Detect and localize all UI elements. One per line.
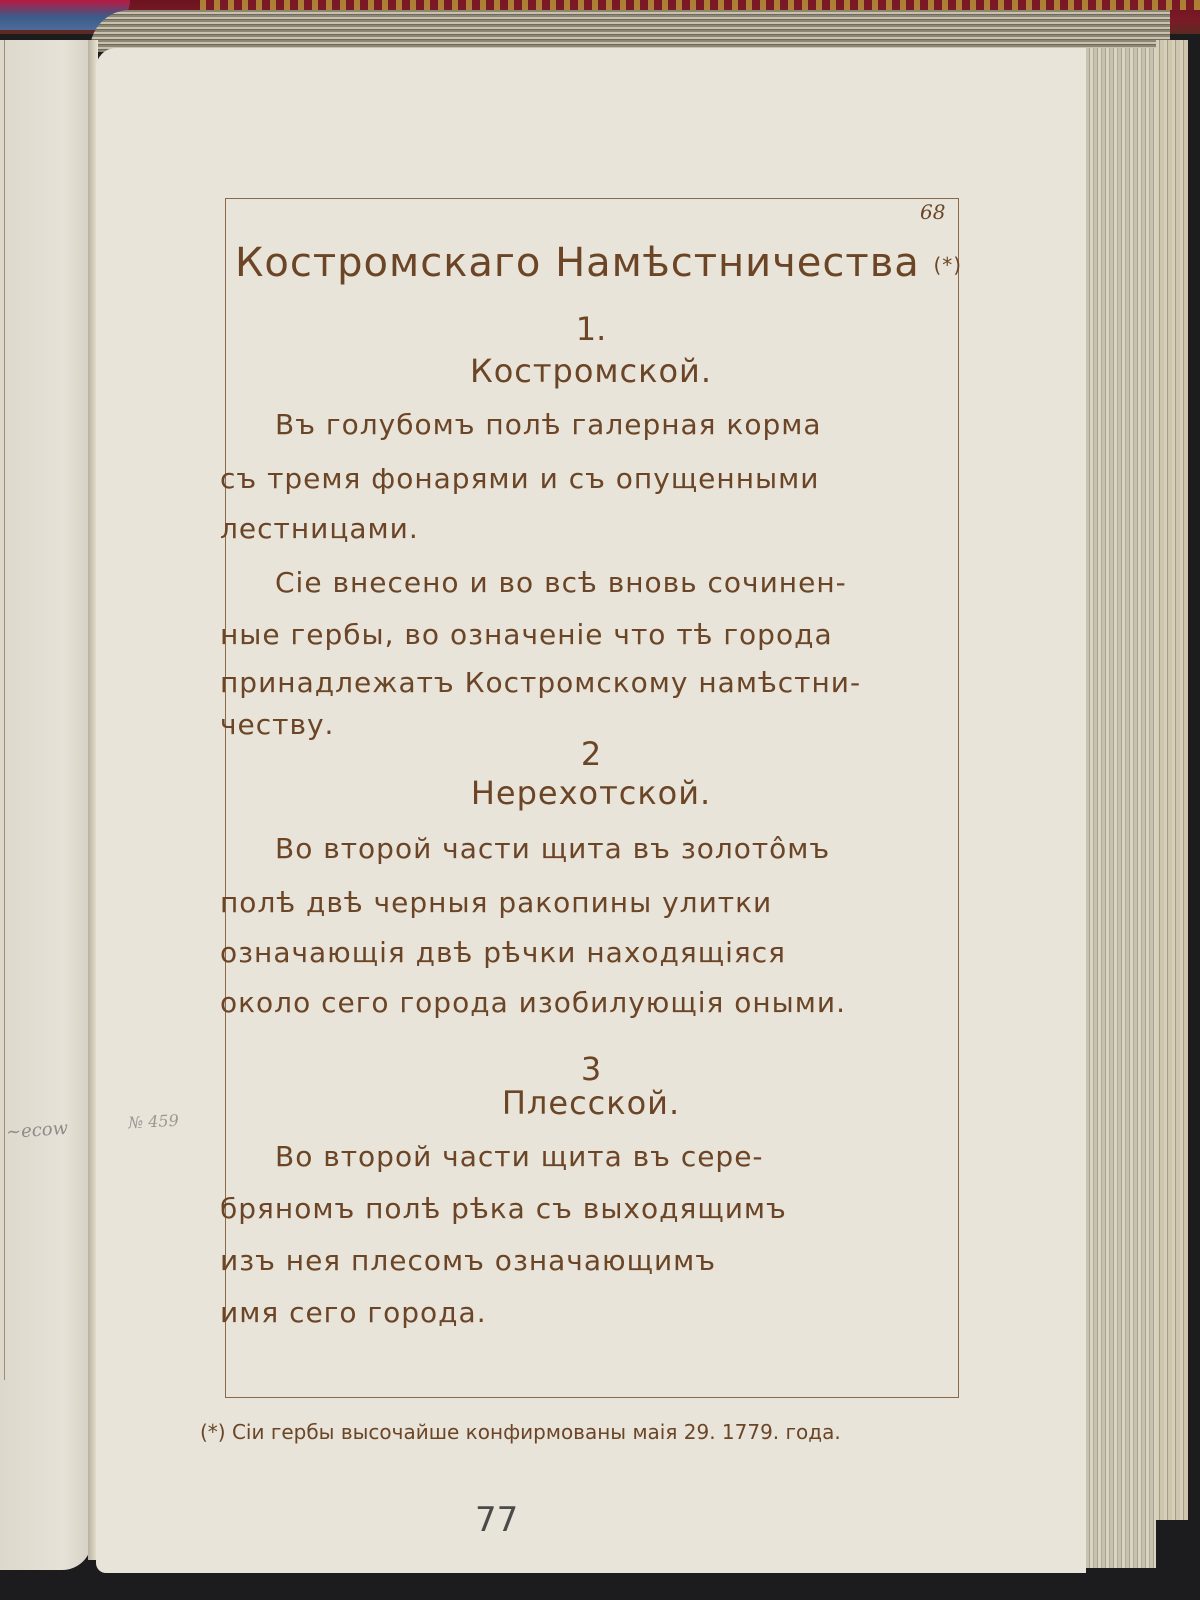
- section-heading: Костромской.: [225, 352, 957, 390]
- section-number: 2: [225, 735, 957, 773]
- text-line: Во второй части щита въ золото̂мъ: [220, 832, 1015, 865]
- left-page-margin-line: [4, 40, 5, 1380]
- text-line: принадлежатъ Костромскому намѣстни-: [220, 666, 960, 699]
- text-line: Во второй части щита въ сере-: [220, 1140, 1015, 1173]
- left-page-pencil-note: ~ecow: [5, 1118, 68, 1143]
- text-line: лестницами.: [220, 512, 960, 545]
- title-footnote-mark: (*): [934, 253, 963, 277]
- pencil-margin-note: № 459: [128, 1111, 180, 1133]
- text-line: бряномъ полѣ рѣка съ выходящимъ: [220, 1192, 960, 1225]
- left-page: [0, 40, 92, 1570]
- gilt-ornament-border: [200, 0, 1200, 10]
- text-line: полѣ двѣ черныя ракопины улитки: [220, 886, 960, 919]
- text-line: изъ нея плесомъ означающимъ: [220, 1244, 960, 1277]
- text-line: ные гербы, во означеніе что тѣ города: [220, 618, 960, 651]
- section-number: 3: [225, 1050, 957, 1088]
- text-line: имя сего города.: [220, 1296, 960, 1329]
- page-stack-top-edge: [90, 10, 1170, 52]
- page-fore-edge: [1086, 48, 1156, 1568]
- text-line: съ тремя фонарями и съ опущенными: [220, 462, 960, 495]
- footnote: (*) Сіи гербы высочайше конфирмованы маі…: [200, 1420, 841, 1444]
- text-line: Въ голубомъ полѣ галерная корма: [220, 408, 1015, 441]
- section-heading: Нерехотской.: [225, 774, 957, 812]
- text-line: означающія двѣ рѣчки находящіяся: [220, 936, 960, 969]
- page-title: Костромскаго Намѣстничества (*): [235, 240, 935, 286]
- section-number: 1.: [225, 310, 957, 348]
- text-line: Сіе внесено и во всѣ вновь сочинен-: [220, 566, 1015, 599]
- section-heading: Плесской.: [225, 1084, 957, 1122]
- pencil-page-number: 77: [475, 1500, 518, 1540]
- page-fore-edge-outer: [1156, 40, 1188, 1520]
- title-text: Костромскаго Намѣстничества: [235, 240, 920, 286]
- folio-number: 68: [920, 200, 945, 224]
- text-line: около сего города изобилующія оными.: [220, 986, 960, 1019]
